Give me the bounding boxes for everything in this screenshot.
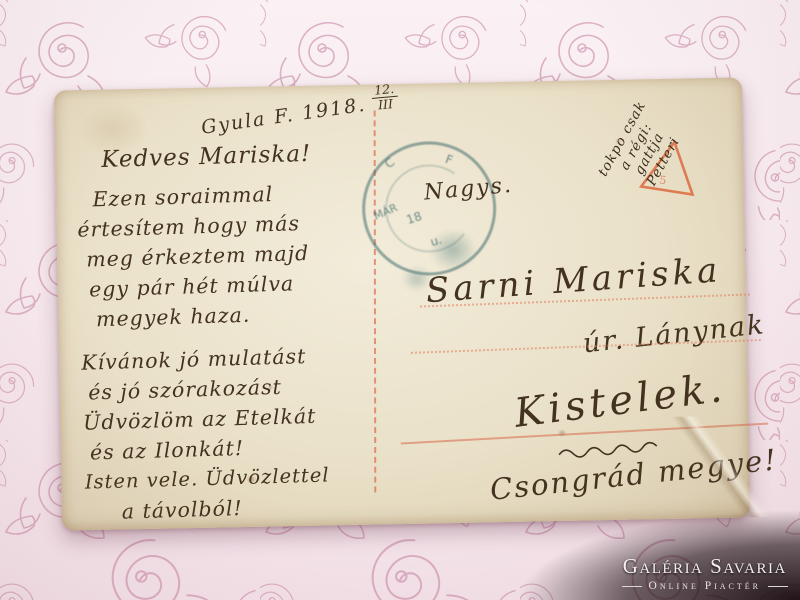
postcard-photo: Gyula F. 1918. 12. III Kedves Mariska! E… [0, 0, 800, 600]
triangle-stamp-label: 5 [658, 173, 667, 187]
postcard: Gyula F. 1918. 12. III Kedves Mariska! E… [54, 77, 750, 530]
watermark: Galéria Savaria Online Piactér [622, 554, 788, 592]
watermark-dash [622, 586, 642, 587]
dateline-text: Gyula F. 1918. [200, 93, 368, 138]
diagonal-note-line: Petteri [620, 92, 706, 231]
address-ruling-line [411, 339, 761, 354]
address-ruling-line [401, 423, 769, 445]
postmark-letter: 18 [405, 209, 424, 227]
postmark-letter: F [444, 152, 455, 167]
diagonal-note-line: a régi: [593, 77, 679, 216]
message-line: értesítem hogy más [77, 206, 378, 245]
censor-triangle-stamp: 5 [636, 133, 705, 204]
message-line: Isten vele. Üdvözlettel [84, 459, 385, 498]
paper-stain [615, 138, 622, 145]
date-month: III [378, 97, 394, 111]
address-name: Sarni Mariska [425, 250, 723, 311]
paper-stain [78, 103, 149, 156]
address-ruling-line [420, 293, 750, 307]
handwritten-message: Kedves Mariska! Ezen soraimmal értesítem… [75, 137, 386, 528]
watermark-subtitle: Online Piactér [649, 580, 761, 592]
postmark-letter: MÁR [372, 201, 400, 223]
message-line: Ezen soraimmal [76, 176, 377, 215]
address-town: Kistelek. [512, 365, 728, 437]
ink-smudge [401, 265, 431, 292]
postmark-letter: u. [429, 233, 444, 249]
paper-stain [246, 475, 256, 484]
message-line: és jó szórakozást [82, 369, 383, 408]
underline-squiggle [556, 437, 669, 461]
diagonal-note-line: gattja [607, 85, 693, 224]
paper-stain [557, 429, 566, 437]
message-line: megyek haza. [80, 296, 381, 335]
message-line: és az Ilonkát! [84, 429, 385, 468]
message-line: meg érkeztem majd [78, 236, 379, 275]
postmark-letter: C [382, 155, 397, 171]
date-day: 12. [371, 83, 398, 99]
message-line: a távolból! [85, 489, 386, 528]
center-divider-line [374, 111, 377, 493]
message-line: Üdvözlöm az Etelkát [83, 399, 384, 438]
message-line: Kívánok jó mulatást [81, 339, 382, 378]
address-honorific: Nagys. [423, 173, 514, 206]
dateline: Gyula F. 1918. 12. III [199, 86, 400, 141]
paper-stain [268, 384, 274, 390]
watermark-subtitle-row: Online Piactér [622, 580, 788, 592]
message-line: egy pár hét múlva [79, 266, 380, 305]
diagonal-note-line: tokpo csak [580, 70, 666, 209]
ink-smudge [429, 229, 478, 272]
date-fraction: 12. III [371, 83, 399, 112]
address-recipient-line: úr. Lánynak [582, 309, 767, 359]
postmark-stamp: C F MÁR 18 u. [352, 132, 506, 286]
message-line: Kedves Mariska! [75, 137, 376, 176]
watermark-dash [768, 586, 788, 587]
diagonal-handwritten-note: tokpo csak a régi: gattja Petteri [580, 70, 721, 239]
watermark-title: Galéria Savaria [622, 554, 788, 579]
